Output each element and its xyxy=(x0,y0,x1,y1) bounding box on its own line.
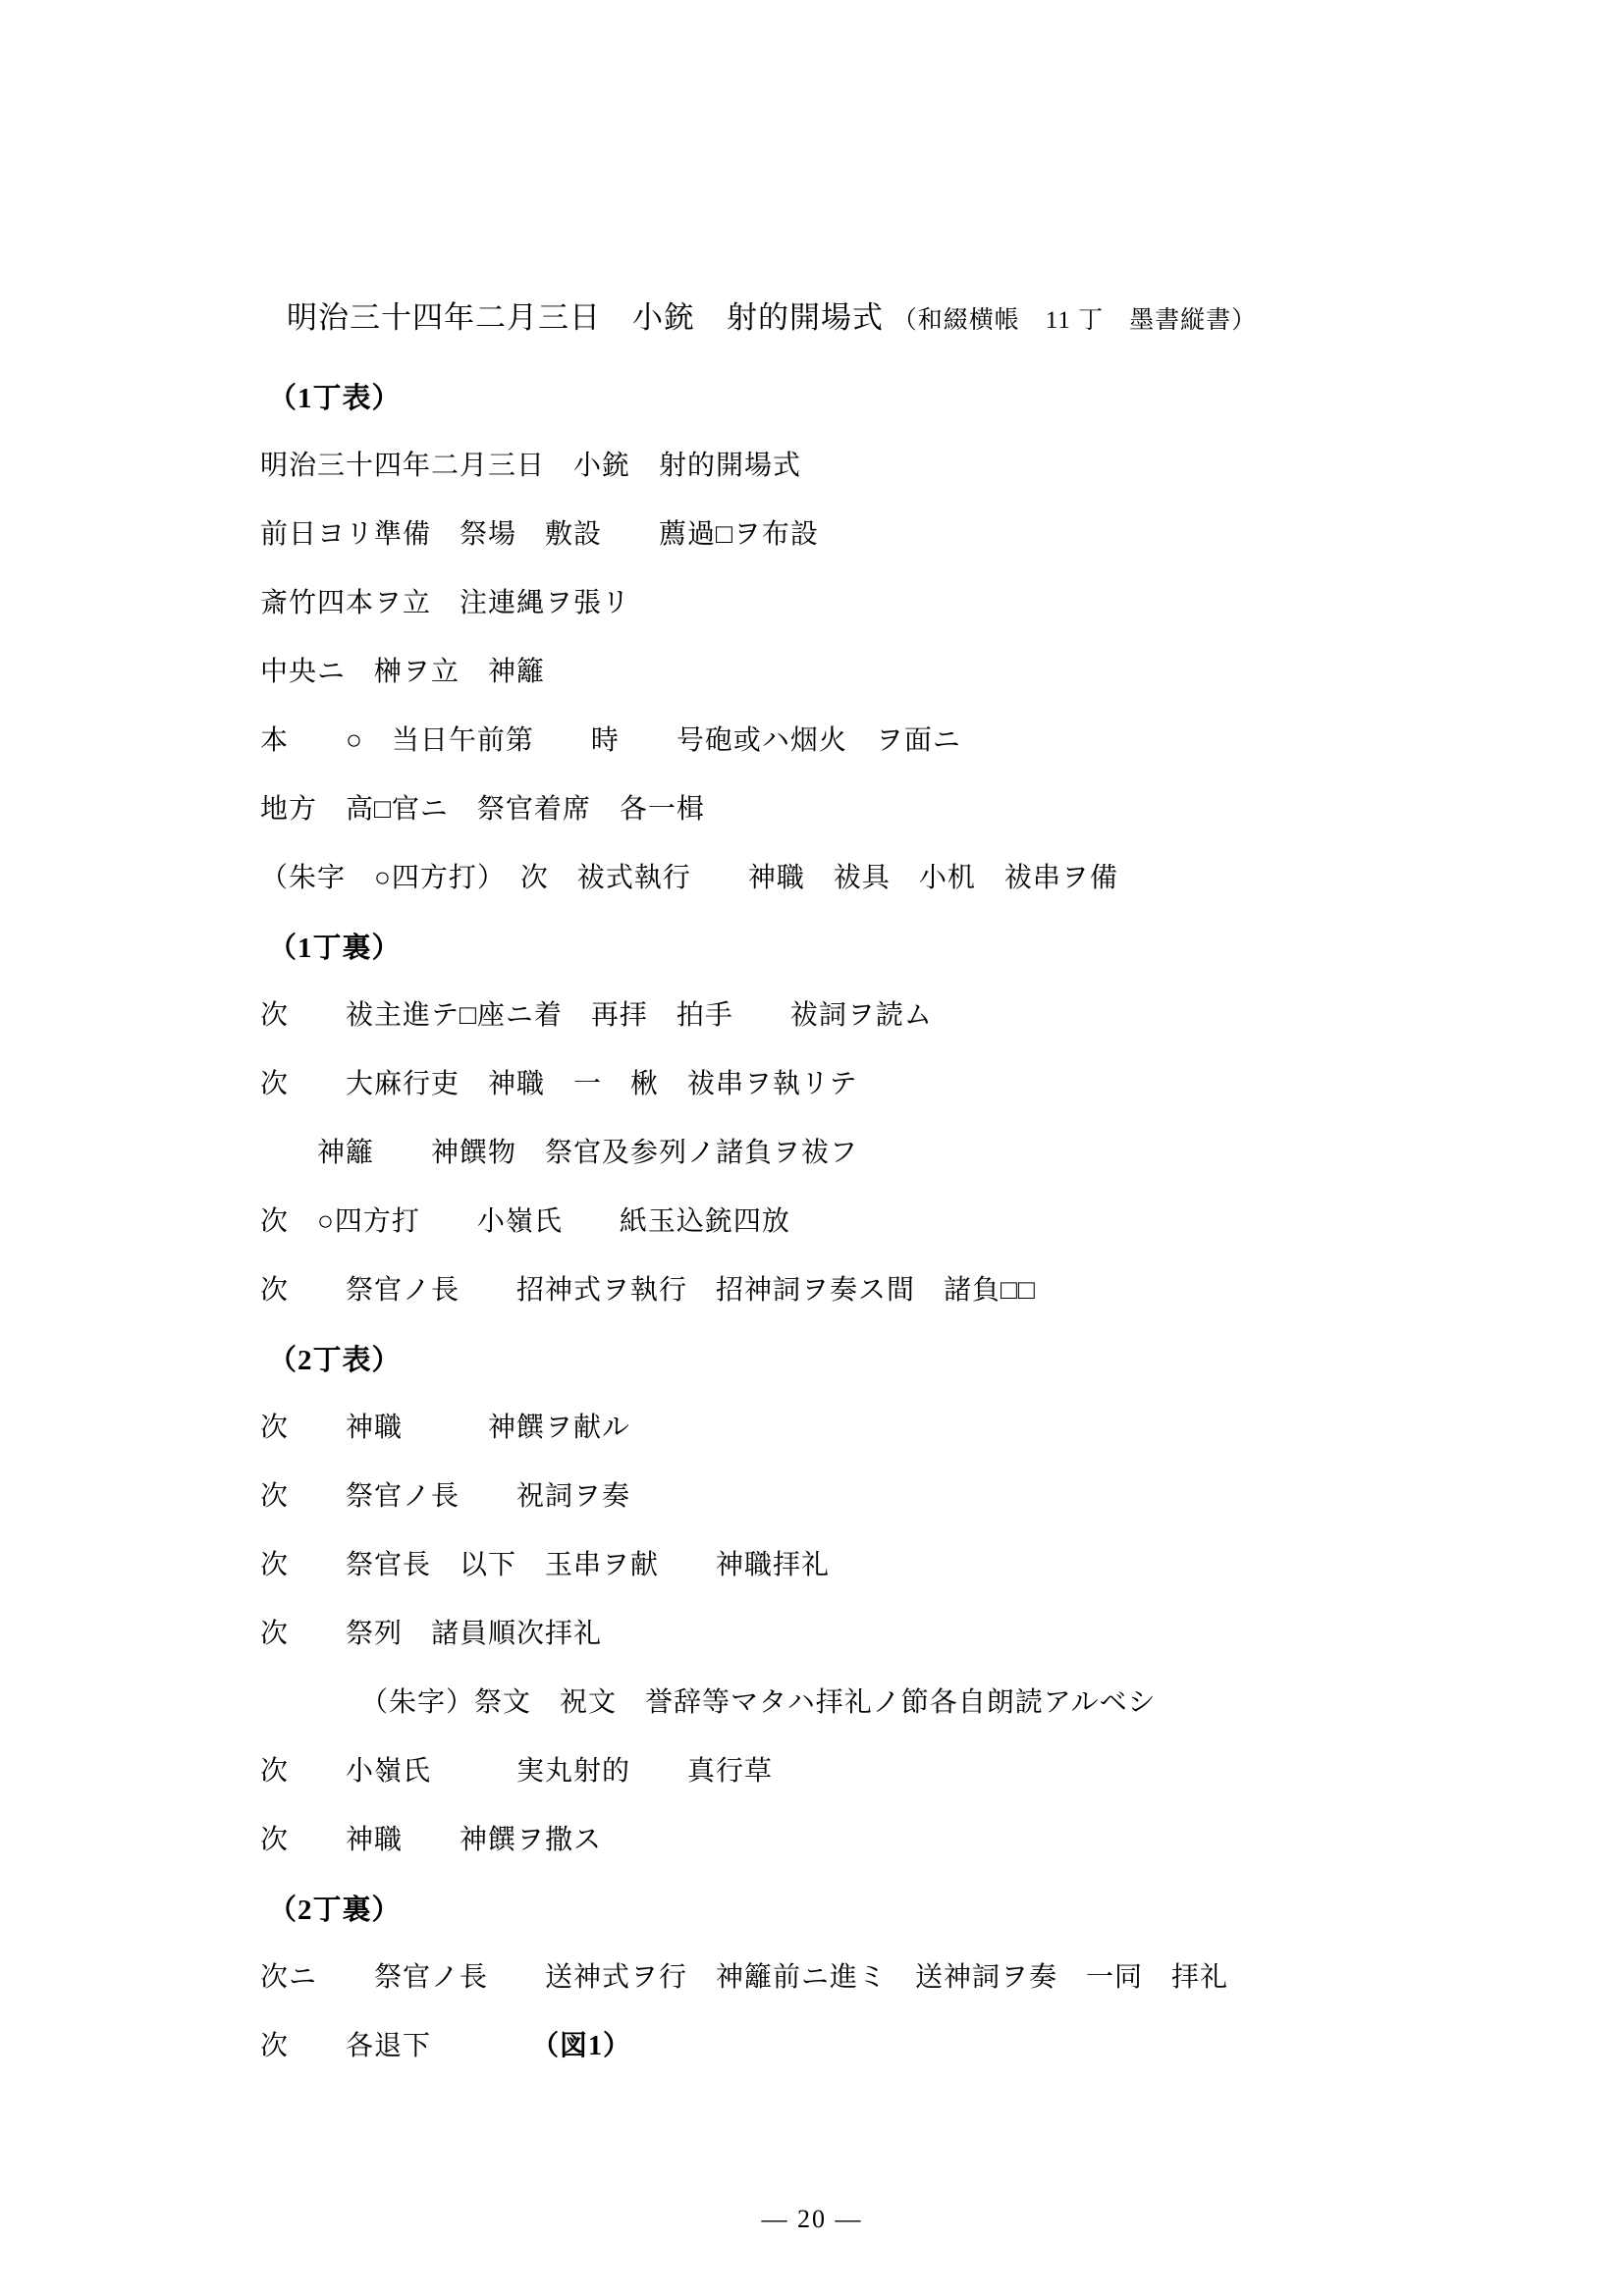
line-text: （2丁裏） xyxy=(268,1895,402,1926)
line-text: 次 祭列 諸員順次拝礼 xyxy=(260,1619,602,1649)
line-text: 地方 高□官ニ 祭官着席 各一楫 xyxy=(260,794,705,825)
line-text: 明治三十四年二月三日 小銃 射的開場式 xyxy=(260,451,801,481)
line-text: 次 各退下 xyxy=(260,2031,545,2061)
document-body: （1丁表） 明治三十四年二月三日 小銃 射的開場式 前日ヨリ準備 祭場 敷設 薦… xyxy=(0,344,1624,2061)
line-text: 次ニ 祭官ノ長 送神式ヲ行 神籬前ニ進ミ 送神詞ヲ奏 一同 拝礼 xyxy=(260,1962,1228,1993)
line-text: 前日ヨリ準備 祭場 敷設 薦過□ヲ布設 xyxy=(260,519,819,550)
document-title-main: 明治三十四年二月三日 小銃 射的開場式 xyxy=(287,300,884,335)
line-text: 次 神職 神饌ヲ献ル xyxy=(260,1413,630,1443)
line-text: 神籬 神饌物 祭官及参列ノ諸負ヲ祓フ xyxy=(260,1138,858,1168)
section-heading: （1丁表） xyxy=(0,344,1624,412)
line-bold-text: （図1） xyxy=(545,2031,631,2061)
title-note-gap xyxy=(884,300,893,335)
page-number: ― 20 ― xyxy=(0,2205,1624,2234)
document-title: 明治三十四年二月三日 小銃 射的開場式 （和綴横帳 11 丁 墨書縦書） xyxy=(271,275,1257,354)
document-title-note: （和綴横帳 11 丁 墨書縦書） xyxy=(893,307,1257,334)
line-text: 中央ニ 榊ヲ立 神籬 xyxy=(260,657,545,687)
document-page: 明治三十四年二月三日 小銃 射的開場式 （和綴横帳 11 丁 墨書縦書） （1丁… xyxy=(0,0,1624,2296)
line-text: 次 祭官ノ長 祝詞ヲ奏 xyxy=(260,1481,630,1512)
line-text: （1丁裏） xyxy=(268,933,402,964)
line-text: 次 小嶺氏 実丸射的 真行草 xyxy=(260,1756,773,1787)
line-text: 次 祭官ノ長 招神式ヲ執行 招神詞ヲ奏ス間 諸負□□ xyxy=(260,1275,1036,1306)
line-text: 本 ○ 当日午前第 時 号砲或ハ烟火 ヲ面ニ xyxy=(260,725,961,756)
line-text: 次 ○四方打 小嶺氏 紙玉込銃四放 xyxy=(260,1206,790,1237)
line-text: 次 大麻行吏 神職 一 楸 祓串ヲ執リテ xyxy=(260,1069,857,1099)
line-text: （1丁表） xyxy=(268,383,402,414)
line-text: （2丁表） xyxy=(268,1345,402,1376)
line-text: （朱字）祭文 祝文 誉辞等マタハ拝礼ノ節各自朗読アルベシ xyxy=(260,1687,1157,1718)
line-text: 斎竹四本ヲ立 注連縄ヲ張リ xyxy=(260,588,630,618)
line-text: 次 祓主進テ□座ニ着 再拝 拍手 祓詞ヲ読ム xyxy=(260,1000,933,1031)
line-text: 次 祭官長 以下 玉串ヲ献 神職拝礼 xyxy=(260,1550,830,1580)
line-text: （朱字 ○四方打） 次 祓式執行 神職 祓具 小机 祓串ヲ備 xyxy=(260,863,1118,893)
line-text: 次 神職 神饌ヲ撒ス xyxy=(260,1825,602,1855)
